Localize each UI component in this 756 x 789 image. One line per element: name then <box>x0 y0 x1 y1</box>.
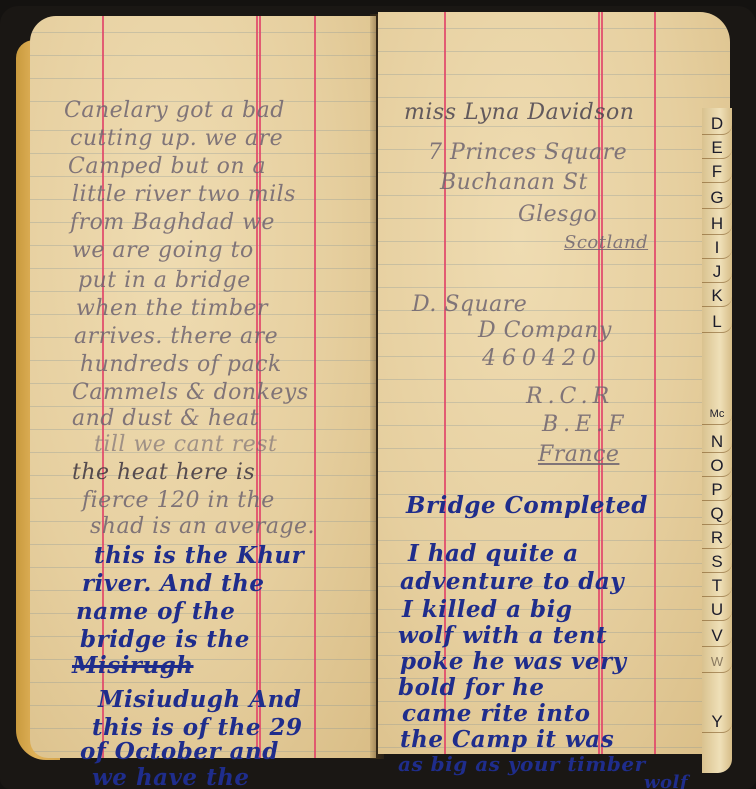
diary-line: hundreds of pack <box>80 352 282 377</box>
diary-line: we are going to <box>72 238 254 263</box>
diary-line: I had quite a <box>408 540 579 567</box>
address-line: D. Square <box>412 292 527 317</box>
index-tab-i[interactable]: I <box>702 238 732 259</box>
diary-line: fierce 120 in the <box>82 488 275 513</box>
diary-line: wolf with a tent <box>398 622 607 649</box>
index-tab-o[interactable]: O <box>702 456 732 477</box>
diary-line: came rite into <box>402 700 590 727</box>
index-tab-y[interactable]: Y <box>702 712 732 733</box>
left-page: Canelary got a bad cutting up. we are Ca… <box>30 16 376 758</box>
diary-line: bridge is the <box>80 626 250 653</box>
diary-line: when the timber <box>76 296 268 321</box>
diary-line: Camped but on a <box>68 154 266 179</box>
diary-line: this is the Khur <box>94 542 304 569</box>
index-tab-p[interactable]: P <box>702 480 732 501</box>
alphabet-index-tabs: D E F G H I J K L Mc N O P Q R S T U V W… <box>702 108 732 773</box>
address-line: Scotland <box>564 232 648 253</box>
diary-line: this is of the 29 <box>92 714 302 741</box>
service-number: 460420 <box>482 346 602 371</box>
index-tab-f[interactable]: F <box>702 162 732 183</box>
diary-line: till we cant rest <box>94 432 277 457</box>
diary-line: bold for he <box>398 674 544 701</box>
address-line: Buchanan St <box>440 170 588 195</box>
diary-line: we have the <box>92 764 250 789</box>
diary-line: Cammels & donkeys <box>72 380 309 405</box>
address-line: France <box>538 442 619 467</box>
diary-line: arrives. there are <box>74 324 278 349</box>
index-tab-mc[interactable]: Mc <box>702 404 732 425</box>
diary-line: river. And the <box>82 570 265 597</box>
diary-line: I killed a big <box>402 596 572 623</box>
diary-line: shad is an average. <box>90 514 315 539</box>
diary-line: the Camp it was <box>400 726 614 753</box>
address-line: B.E.F <box>542 412 628 437</box>
margin-rule <box>654 12 656 754</box>
diary-line: as big as your timber <box>398 752 646 776</box>
address-line: D Company <box>478 318 612 343</box>
index-tab-u[interactable]: U <box>702 600 732 621</box>
address-line: Glesgo <box>518 202 597 227</box>
index-tab-k[interactable]: K <box>702 286 732 307</box>
index-tab-n[interactable]: N <box>702 432 732 453</box>
diary-line: and dust & heat <box>72 406 259 431</box>
diary-line: wolf <box>644 772 688 789</box>
index-tab-r[interactable]: R <box>702 528 732 549</box>
diary-line: of October and <box>80 738 279 765</box>
index-tab-g[interactable]: G <box>702 188 732 209</box>
index-tab-e[interactable]: E <box>702 138 732 159</box>
struck-out-word: Misirugh <box>72 652 194 679</box>
index-tab-h[interactable]: H <box>702 214 732 235</box>
index-tab-l[interactable]: L <box>702 312 732 333</box>
diary-photo: Canelary got a bad cutting up. we are Ca… <box>0 0 756 789</box>
diary-line: Misiudugh And <box>98 686 301 713</box>
index-tab-d[interactable]: D <box>702 114 732 135</box>
diary-line: name of the <box>76 598 235 625</box>
index-tab-s[interactable]: S <box>702 552 732 573</box>
diary-line: little river two mils <box>72 182 296 207</box>
index-tab-v[interactable]: V <box>702 626 732 647</box>
diary-line: put in a bridge <box>78 268 251 293</box>
address-line: miss Lyna Davidson <box>404 100 634 125</box>
diary-line: cutting up. we are <box>70 126 283 151</box>
diary-line: adventure to day <box>400 568 624 595</box>
address-line: 7 Princes Square <box>428 140 627 165</box>
diary-line: the heat here is <box>72 460 255 485</box>
diary-line: Bridge Completed <box>406 492 648 519</box>
diary-line: poke he was very <box>400 648 627 675</box>
index-tab-w[interactable]: W <box>702 652 732 673</box>
margin-rule <box>314 16 316 758</box>
address-line: R.C.R <box>526 384 614 409</box>
right-page: miss Lyna Davidson 7 Princes Square Buch… <box>378 12 730 754</box>
diary-line: from Baghdad we <box>70 210 275 235</box>
index-tab-j[interactable]: J <box>702 262 732 283</box>
index-tab-t[interactable]: T <box>702 576 732 597</box>
diary-line: Canelary got a bad <box>64 98 285 123</box>
index-tab-q[interactable]: Q <box>702 504 732 525</box>
